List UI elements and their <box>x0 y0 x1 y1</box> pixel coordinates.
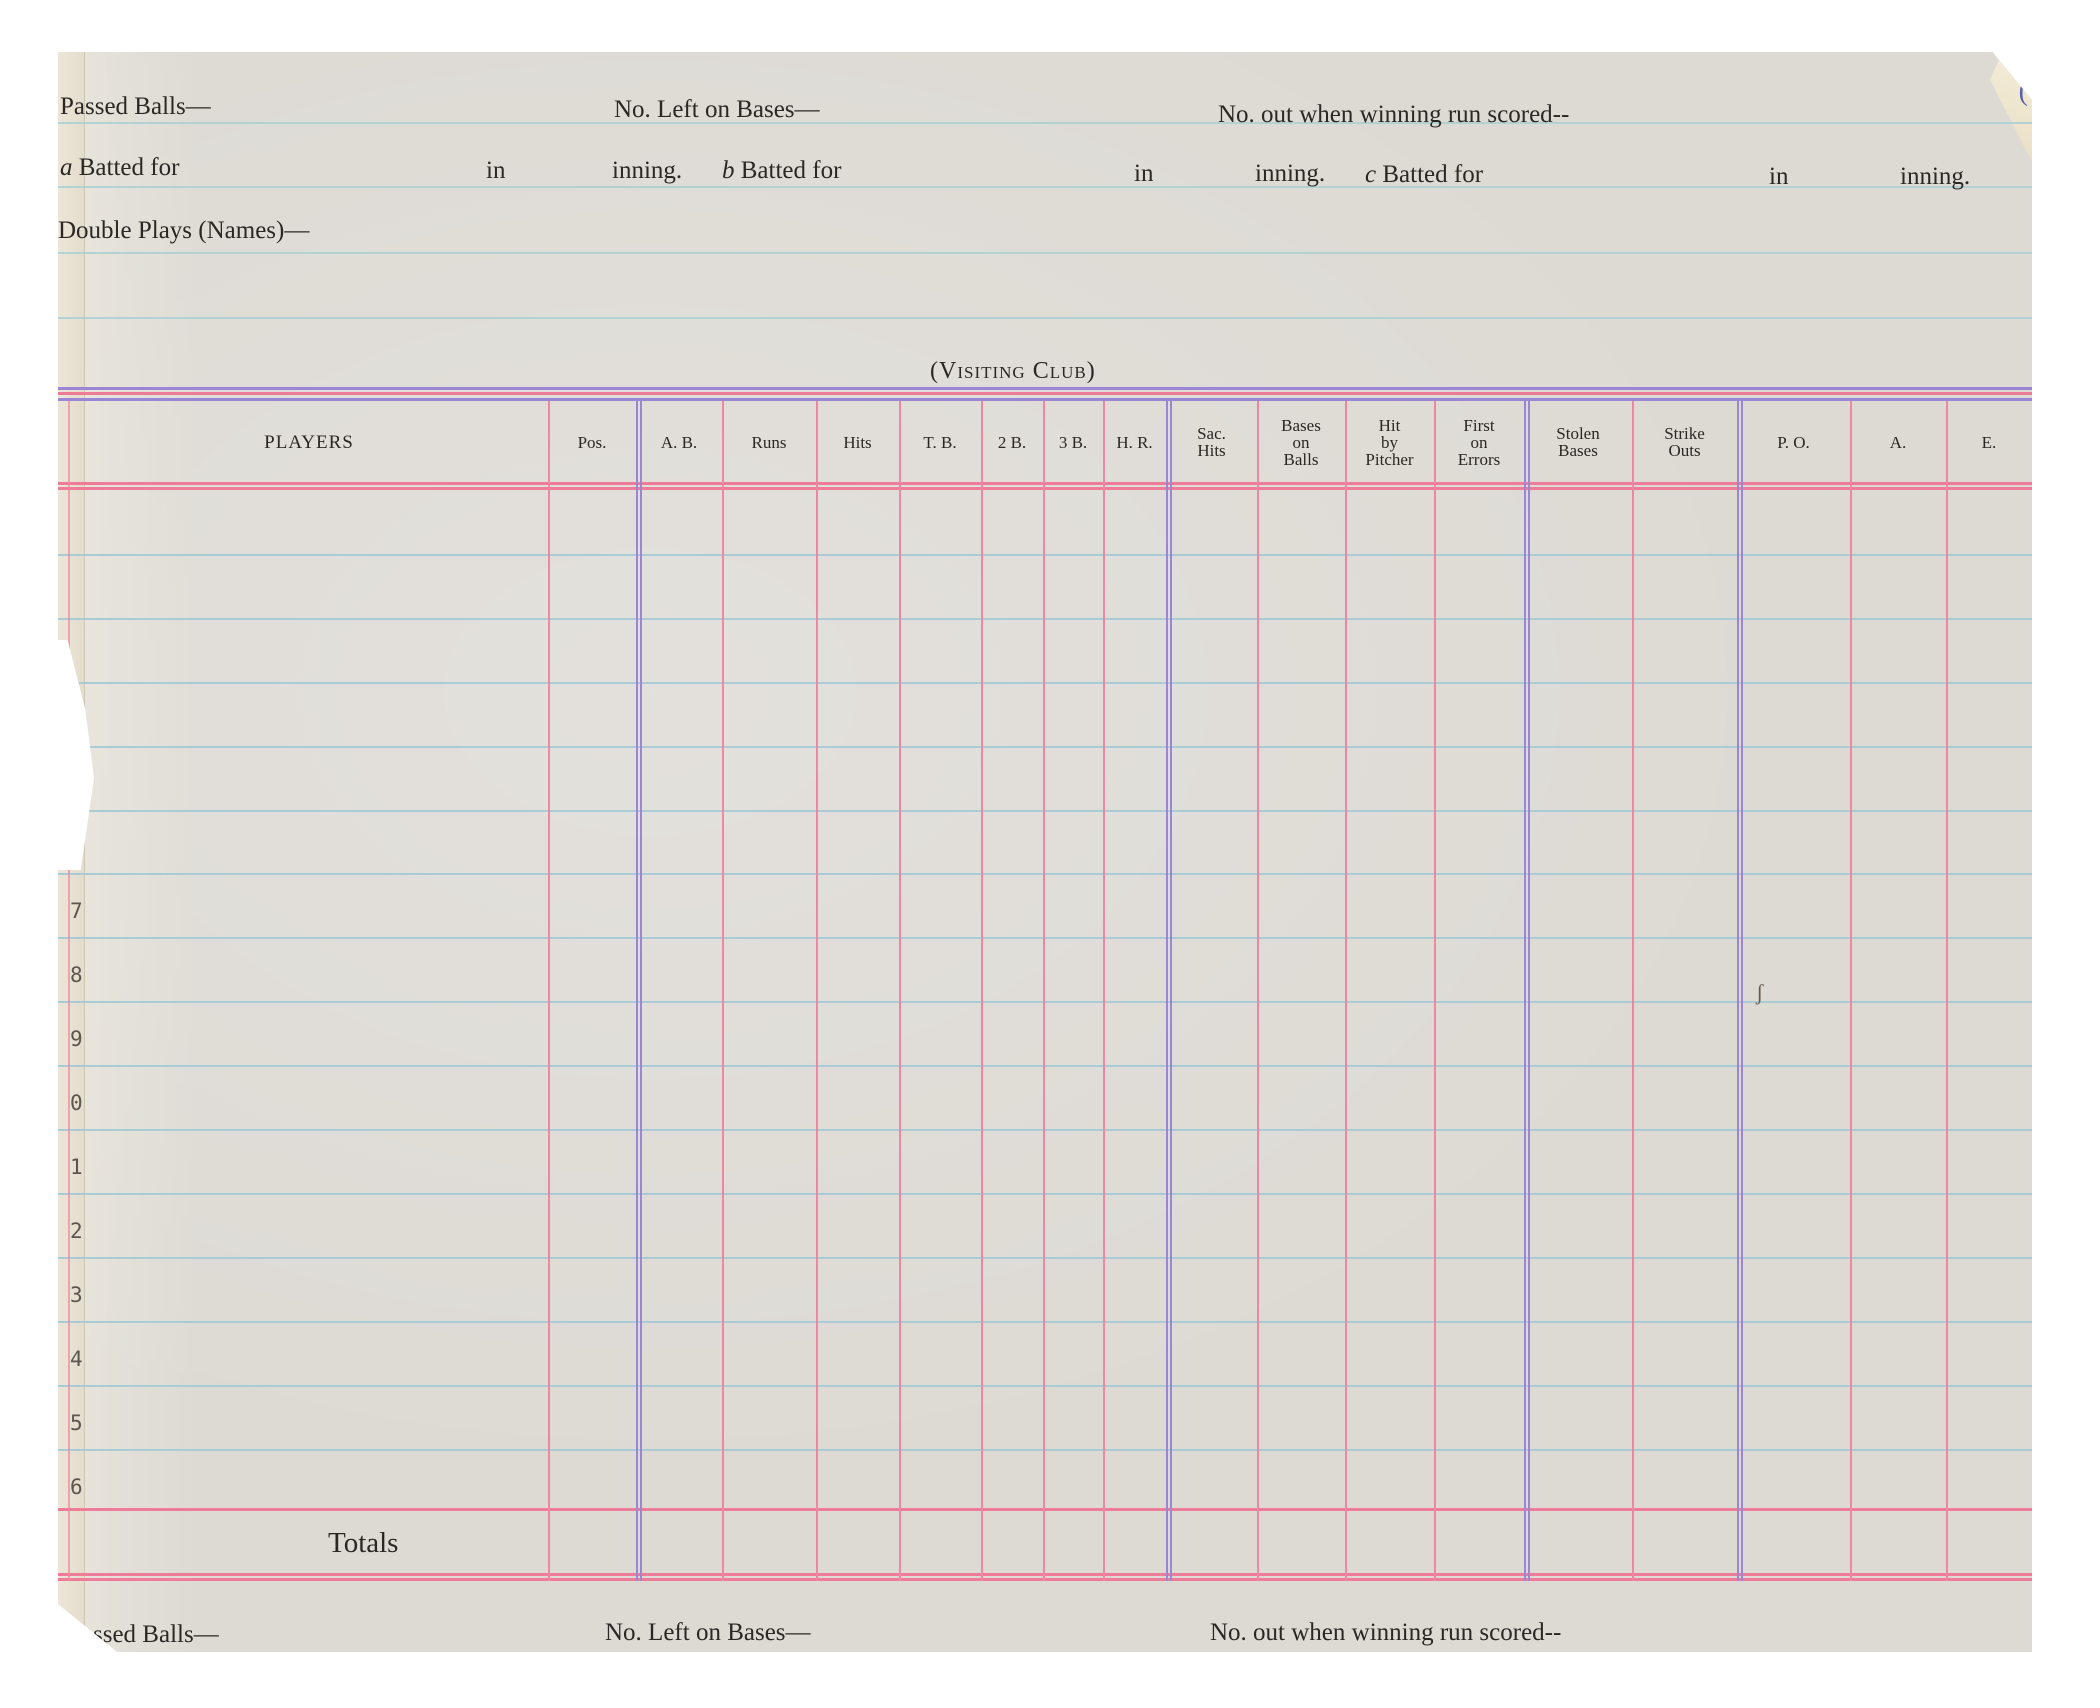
column-header-text: Errors <box>1458 451 1500 468</box>
batted-for-text: Batted for <box>1382 161 1483 188</box>
row-line <box>58 937 2032 939</box>
row-line <box>58 1129 2032 1131</box>
col-line-e <box>1946 401 1948 1581</box>
passed-balls-label: Passed Balls— <box>60 94 211 119</box>
bottom-passed-balls-label: ssed Balls— <box>93 1622 219 1647</box>
row-number: 0 <box>70 1091 83 1115</box>
column-header-text: Bases <box>1281 417 1321 434</box>
column-header-text: Pitcher <box>1365 451 1413 468</box>
column-header-text: First <box>1463 417 1494 434</box>
column-header-text: by <box>1381 434 1398 451</box>
col-line-3b <box>1043 401 1045 1581</box>
col-line-sac <box>1166 401 1172 1581</box>
column-header-text: on <box>1293 434 1310 451</box>
column-header-text: Stolen <box>1556 425 1599 442</box>
column-header-text: A. <box>1890 434 1907 451</box>
batted-for-b: b Batted for <box>722 158 841 183</box>
visiting-club-title: (Visiting Club) <box>930 358 1096 385</box>
header-bottom-rule <box>58 482 2032 490</box>
batted-b-prefix: b <box>722 157 735 184</box>
column-header-text: E. <box>1982 434 1997 451</box>
col-line-hr <box>1103 401 1105 1581</box>
batted-for-text: Batted for <box>79 154 180 181</box>
column-header-2b: 2 B. <box>981 403 1043 481</box>
row-line <box>58 1385 2032 1387</box>
column-header-tb: T. B. <box>899 403 981 481</box>
row-line <box>58 1321 2032 1323</box>
col-line-runs <box>722 401 724 1581</box>
column-header-bb: BasesonBalls <box>1257 403 1345 481</box>
row-line <box>58 682 2032 684</box>
col-line-sb <box>1524 401 1530 1581</box>
row-number: 4 <box>70 1347 83 1371</box>
column-header-sb: StolenBases <box>1524 403 1632 481</box>
header-top-rule <box>58 387 2032 401</box>
out-when-winning-run-label: No. out when winning run scored-- <box>1218 102 1569 127</box>
row-line <box>58 1257 2032 1259</box>
double-plays-label: Double Plays (Names)— <box>58 218 309 243</box>
row-line <box>58 1001 2032 1003</box>
column-header-text: Hits <box>1197 442 1225 459</box>
column-header-hits: Hits <box>816 403 899 481</box>
row-number: 9 <box>70 1027 83 1051</box>
row-number: 7 <box>70 899 83 923</box>
column-header-text: Bases <box>1558 442 1598 459</box>
pencil-mark: ʃ <box>1756 980 1763 1006</box>
row-number: 1 <box>70 1155 83 1179</box>
scorecard-sheet: ( Passed Balls— No. Left on Bases— No. o… <box>58 52 2032 1652</box>
row-line <box>58 618 2032 620</box>
inning-label-a: inning. <box>612 158 682 183</box>
batted-for-a: a Batted for <box>60 155 179 180</box>
col-line-a <box>1850 401 1852 1581</box>
row-number: 5 <box>70 1411 83 1435</box>
column-header-text: P. O. <box>1777 434 1810 451</box>
column-header-players: PLAYERS <box>70 403 548 481</box>
row-line <box>58 1193 2032 1195</box>
in-label-a: in <box>486 158 505 183</box>
batted-for-text: Batted for <box>741 157 842 184</box>
column-header-text: PLAYERS <box>264 434 354 451</box>
column-header-text: A. B. <box>661 434 697 451</box>
column-header-text: T. B. <box>923 434 956 451</box>
left-on-bases-label: No. Left on Bases— <box>614 97 820 122</box>
row-number: 2 <box>70 1219 83 1243</box>
row-line <box>58 1449 2032 1451</box>
col-line-ab <box>636 401 642 1581</box>
column-header-sac: Sac.Hits <box>1166 403 1257 481</box>
column-header-hr: H. R. <box>1103 403 1166 481</box>
column-header-text: 3 B. <box>1059 434 1087 451</box>
batted-for-c: c Batted for <box>1365 162 1483 187</box>
rule-line <box>58 122 2032 124</box>
column-header-pos: Pos. <box>548 403 636 481</box>
row-line <box>58 873 2032 875</box>
col-line-hbp <box>1345 401 1347 1581</box>
col-line-po <box>1737 401 1743 1581</box>
column-header-hbp: HitbyPitcher <box>1345 403 1434 481</box>
column-header-text: Hit <box>1379 417 1401 434</box>
column-header-po: P. O. <box>1737 403 1850 481</box>
column-header-text: Sac. <box>1197 425 1226 442</box>
column-header-e: E. <box>1946 403 2032 481</box>
column-header-ab: A. B. <box>636 403 722 481</box>
col-line-2b <box>981 401 983 1581</box>
row-line <box>58 554 2032 556</box>
bottom-left-on-bases-label: No. Left on Bases— <box>605 1620 811 1645</box>
column-header-3b: 3 B. <box>1043 403 1103 481</box>
column-header-text: Pos. <box>578 434 607 451</box>
column-header-text: Runs <box>752 434 787 451</box>
column-header-text: Strike <box>1664 425 1705 442</box>
col-line-pos <box>548 401 550 1581</box>
column-header-text: on <box>1471 434 1488 451</box>
inning-label-c: inning. <box>1900 164 1970 189</box>
in-label-c: in <box>1769 164 1788 189</box>
col-line-tb <box>899 401 901 1581</box>
column-header-text: 2 B. <box>998 434 1026 451</box>
row-line <box>58 746 2032 748</box>
column-header-text: Outs <box>1668 442 1700 459</box>
totals-top-rule <box>58 1508 2032 1511</box>
in-label-b: in <box>1134 161 1153 186</box>
col-line-so <box>1632 401 1634 1581</box>
box-score-table: PLAYERSPos.A. B.RunsHitsT. B.2 B.3 B.H. … <box>58 387 2032 1637</box>
ink-mark: ( <box>2019 76 2028 108</box>
row-line <box>58 810 2032 812</box>
col-line-hits <box>816 401 818 1581</box>
inning-label-b: inning. <box>1255 161 1325 186</box>
row-number: 3 <box>70 1283 83 1307</box>
column-header-text: Hits <box>843 434 871 451</box>
rule-line <box>58 186 2032 188</box>
totals-bottom-rule <box>58 1573 2032 1581</box>
column-header-so: StrikeOuts <box>1632 403 1737 481</box>
batted-c-prefix: c <box>1365 161 1376 188</box>
row-number: 6 <box>70 1475 83 1499</box>
batted-a-prefix: a <box>60 154 73 181</box>
totals-label: Totals <box>328 1527 398 1560</box>
column-header-runs: Runs <box>722 403 816 481</box>
rule-line <box>58 252 2032 254</box>
column-header-text: H. R. <box>1116 434 1152 451</box>
col-line-foe <box>1434 401 1436 1581</box>
bottom-out-when-winning-run-label: No. out when winning run scored-- <box>1210 1620 1561 1645</box>
column-header-a: A. <box>1850 403 1946 481</box>
col-line-bb <box>1257 401 1259 1581</box>
column-header-text: Balls <box>1284 451 1319 468</box>
row-line <box>58 1065 2032 1067</box>
rule-line <box>58 317 2032 319</box>
left-margin-line <box>68 401 70 1581</box>
column-header-foe: FirstonErrors <box>1434 403 1524 481</box>
row-number: 8 <box>70 963 83 987</box>
